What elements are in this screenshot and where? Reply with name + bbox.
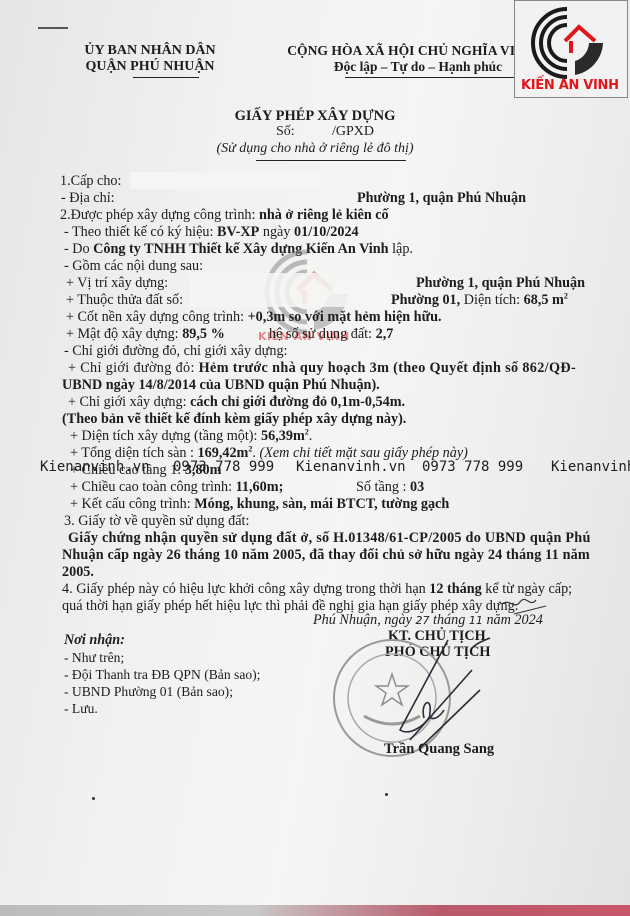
land-docs-heading: 3. Giấy tờ về quyền sử dụng đất: — [64, 513, 249, 530]
validity-line1: 4. Giấy phép này có hiệu lực khởi công x… — [62, 581, 572, 598]
watermark-phone: 0973 778 999 — [422, 459, 523, 475]
ground-floor-area: + Diện tích xây dựng (tầng một): 56,39m2… — [70, 428, 312, 445]
land-cert-line3: 2005. — [62, 564, 94, 581]
redacted-name — [130, 172, 320, 189]
includes-heading: - Gồm các nội dung sau: — [64, 258, 203, 275]
foundation-level: + Cốt nền xây dựng công trình: +0,3m so … — [66, 309, 442, 326]
issuer-underline — [133, 77, 199, 78]
signer-name: Trần Quang Sang — [384, 741, 494, 758]
recipient-item: - Lưu. — [64, 700, 98, 717]
redacted-plot — [190, 290, 380, 307]
subtitle-underline — [256, 160, 406, 161]
floor-count: Số tầng : 03 — [356, 479, 424, 496]
permit-number-suffix: /GPXD — [332, 124, 374, 140]
watermark-phone: 0973 778 999 — [173, 459, 274, 475]
recipient-item: - UBND Phường 01 (Bản sao); — [64, 683, 233, 700]
total-height: + Chiều cao toàn công trình: 11,60m; — [70, 479, 283, 496]
land-cert-line2: Nhuận cấp ngày 26 tháng 10 năm 2005, đã … — [62, 547, 590, 564]
logo-mark-icon — [515, 1, 627, 79]
logo-text: KIẾN AN VINH — [521, 78, 619, 93]
issuer-line1: ỦY BAN NHÂN DÂN — [80, 42, 220, 59]
red-line: + Chỉ giới đường đỏ: Hẻm trước nhà quy h… — [68, 360, 576, 377]
scan-speck — [92, 797, 95, 800]
location-value: Phường 1, quận Phú Nhuận — [416, 275, 585, 292]
issuer-line2: QUẬN PHÚ NHUẬN — [80, 58, 220, 75]
scan-mark — [38, 27, 68, 29]
build-line: + Chỉ giới xây dựng: cách chỉ giới đường… — [68, 394, 405, 411]
construction-type: 2.Được phép xây dựng công trình: nhà ở r… — [60, 207, 389, 224]
signature-icon — [380, 630, 530, 750]
address-value: Phường 1, quận Phú Nhuận — [357, 190, 526, 207]
red-line-cont: UBND ngày 14/8/2014 của UBND quận Phú Nh… — [62, 377, 380, 394]
plot-label: + Thuộc thửa đất số: — [66, 292, 183, 309]
page-bottom-edge — [0, 905, 630, 916]
watermark-site: Kienanvinh.vn — [40, 459, 150, 475]
building-density: + Mật độ xây dựng: 89,5 % — [66, 326, 225, 343]
motto-underline — [345, 77, 515, 78]
plot-area: Phường 01, Diện tích: 68,5 m2 — [391, 292, 568, 309]
scan-speck — [385, 793, 388, 796]
address-label: - Địa chỉ: — [61, 190, 115, 207]
permit-number-label: Số: — [276, 124, 295, 140]
place-date: Phú Nhuận, ngày 27 tháng 11 năm 2024 — [313, 612, 543, 629]
recipient-item: - Như trên; — [64, 649, 124, 666]
attached-drawing-note: (Theo bản vẽ thiết kế đính kèm giấy phép… — [62, 411, 406, 428]
location-label: + Vị trí xây dựng: — [66, 275, 168, 292]
land-use-ratio: hệ số sử dụng đất: 2,7 — [269, 326, 393, 343]
land-cert-line1: Giấy chứng nhận quyền sử dụng đất ở, số … — [68, 530, 591, 547]
watermark-site: Kienanvinh.vn — [296, 459, 406, 475]
structure: + Kết cấu công trình: Móng, khung, sàn, … — [70, 496, 449, 513]
redacted-location — [190, 273, 405, 290]
recipient-item: - Đội Thanh tra ĐB QPN (Bản sao); — [64, 666, 260, 683]
issued-to-label: 1.Cấp cho: — [60, 173, 121, 190]
design-code: - Theo thiết kế có ký hiệu: BV-XP ngày 0… — [64, 224, 359, 241]
designed-by: - Do Công ty TNHH Thiết kế Xây dựng Kiến… — [64, 241, 413, 258]
country-motto: Độc lập – Tự do – Hạnh phúc — [283, 58, 553, 75]
watermark-site: Kienanvinh.vn — [551, 459, 630, 475]
boundary-heading: - Chỉ giới đường đỏ, chỉ giới xây dựng: — [64, 343, 288, 360]
recipients-heading: Nơi nhận: — [64, 632, 125, 649]
document-title: GIẤY PHÉP XÂY DỰNG — [0, 108, 630, 125]
kien-an-vinh-logo: KIẾN AN VINH — [514, 0, 628, 98]
document-subtitle: (Sử dụng cho nhà ở riêng lẻ đô thị) — [0, 141, 630, 157]
